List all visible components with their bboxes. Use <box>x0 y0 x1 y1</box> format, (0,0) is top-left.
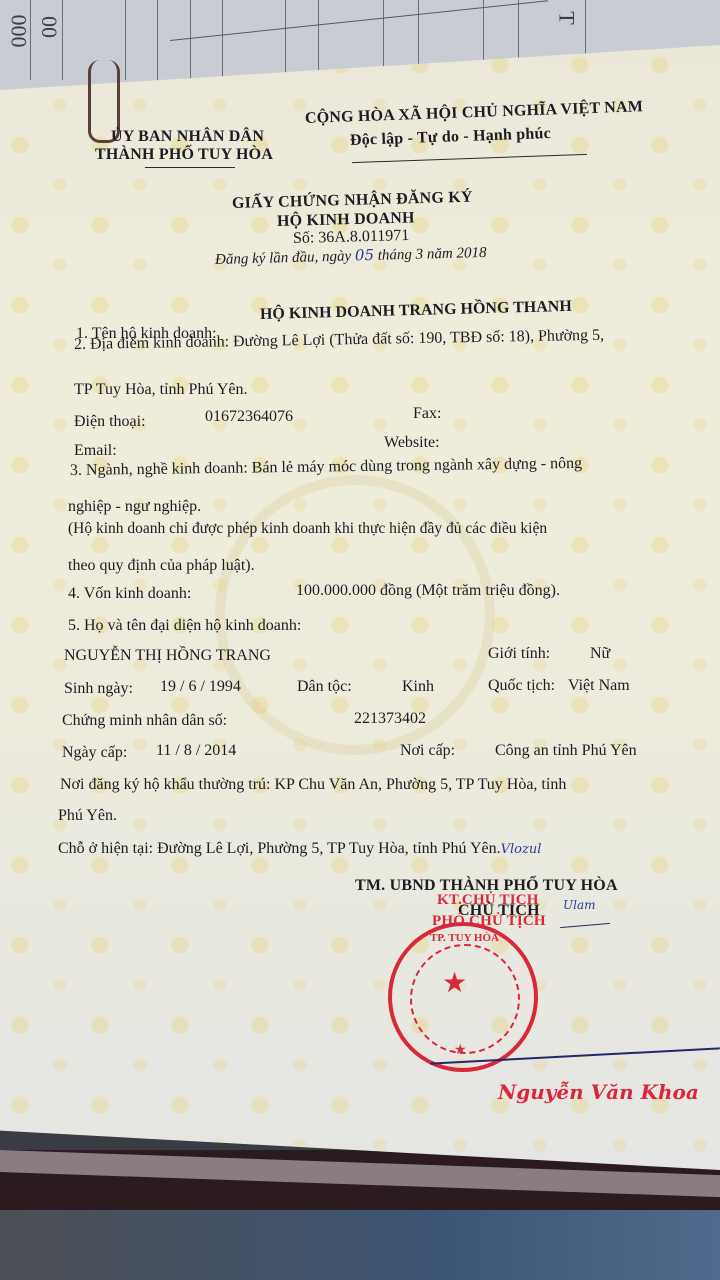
permanent-address-line1: Nơi đăng ký hộ khẩu thường trú: KP Chu V… <box>60 776 566 794</box>
trade-line2: nghiệp - ngư nghiệp. <box>68 498 201 516</box>
ledger-mark: 000 <box>6 15 32 48</box>
website-label: Website: <box>384 434 440 452</box>
ethnic-value: Kinh <box>402 678 434 696</box>
fax-label: Fax: <box>413 405 441 423</box>
gender-label: Giới tính: <box>488 645 550 663</box>
nationality-label: Quốc tịch: <box>488 677 555 695</box>
handwritten-initials: Vlozul <box>501 842 542 857</box>
permanent-address-line2: Phú Yên. <box>58 807 117 825</box>
signer-name: Nguyễn Văn Khoa <box>498 1080 699 1104</box>
current-address: Chỗ ở hiện tại: Đường Lê Lợi, Phường 5, … <box>58 840 541 858</box>
star-icon: ★ <box>454 1042 467 1059</box>
issuer-line1: ỦY BAN NHÂN DÂN <box>111 128 264 146</box>
issue-place-label: Nơi cấp: <box>400 742 455 760</box>
ledger-mark: 00 <box>36 16 62 38</box>
nationality-value: Việt Nam <box>568 677 630 695</box>
address-line2: TP Tuy Hòa, tỉnh Phú Yên. <box>74 381 248 399</box>
star-icon: ★ <box>442 966 467 1000</box>
phone-value: 01672364076 <box>205 408 293 426</box>
note-line1: (Hộ kinh doanh chỉ được phép kinh doanh … <box>68 520 547 538</box>
ledger-mark: T <box>554 11 580 24</box>
issue-place-value: Công an tỉnh Phú Yên <box>495 742 637 760</box>
handwritten-initials: Ulam <box>563 898 595 912</box>
dob-label: Sinh ngày: <box>64 680 133 698</box>
rep-label: 5. Họ và tên đại diện hộ kinh doanh: <box>68 617 301 635</box>
gender-value: Nữ <box>590 645 610 663</box>
issuer-line2: THÀNH PHỐ TUY HÒA <box>95 146 273 164</box>
capital-value: 100.000.000 đồng (Một trăm triệu đồng). <box>296 582 560 600</box>
dob-value: 19 / 6 / 1994 <box>160 678 241 696</box>
issue-date-label: Ngày cấp: <box>62 744 127 762</box>
id-value: 221373402 <box>354 710 426 728</box>
email-label: Email: <box>74 442 117 460</box>
issue-date-value: 11 / 8 / 2014 <box>156 742 236 760</box>
handwritten-day: 05 <box>355 246 375 264</box>
ethnic-label: Dân tộc: <box>297 678 352 696</box>
capital-label: 4. Vốn kinh doanh: <box>68 585 191 603</box>
id-label: Chứng minh nhân dân số: <box>62 712 227 730</box>
desk-edge <box>0 1150 720 1280</box>
rep-name: NGUYỄN THỊ HỒNG TRANG <box>64 647 271 665</box>
phone-label: Điện thoại: <box>74 413 146 431</box>
official-seal: ★ ★ TP. TUY HÒA <box>388 922 538 1072</box>
note-line2: theo quy định của pháp luật). <box>68 557 255 575</box>
